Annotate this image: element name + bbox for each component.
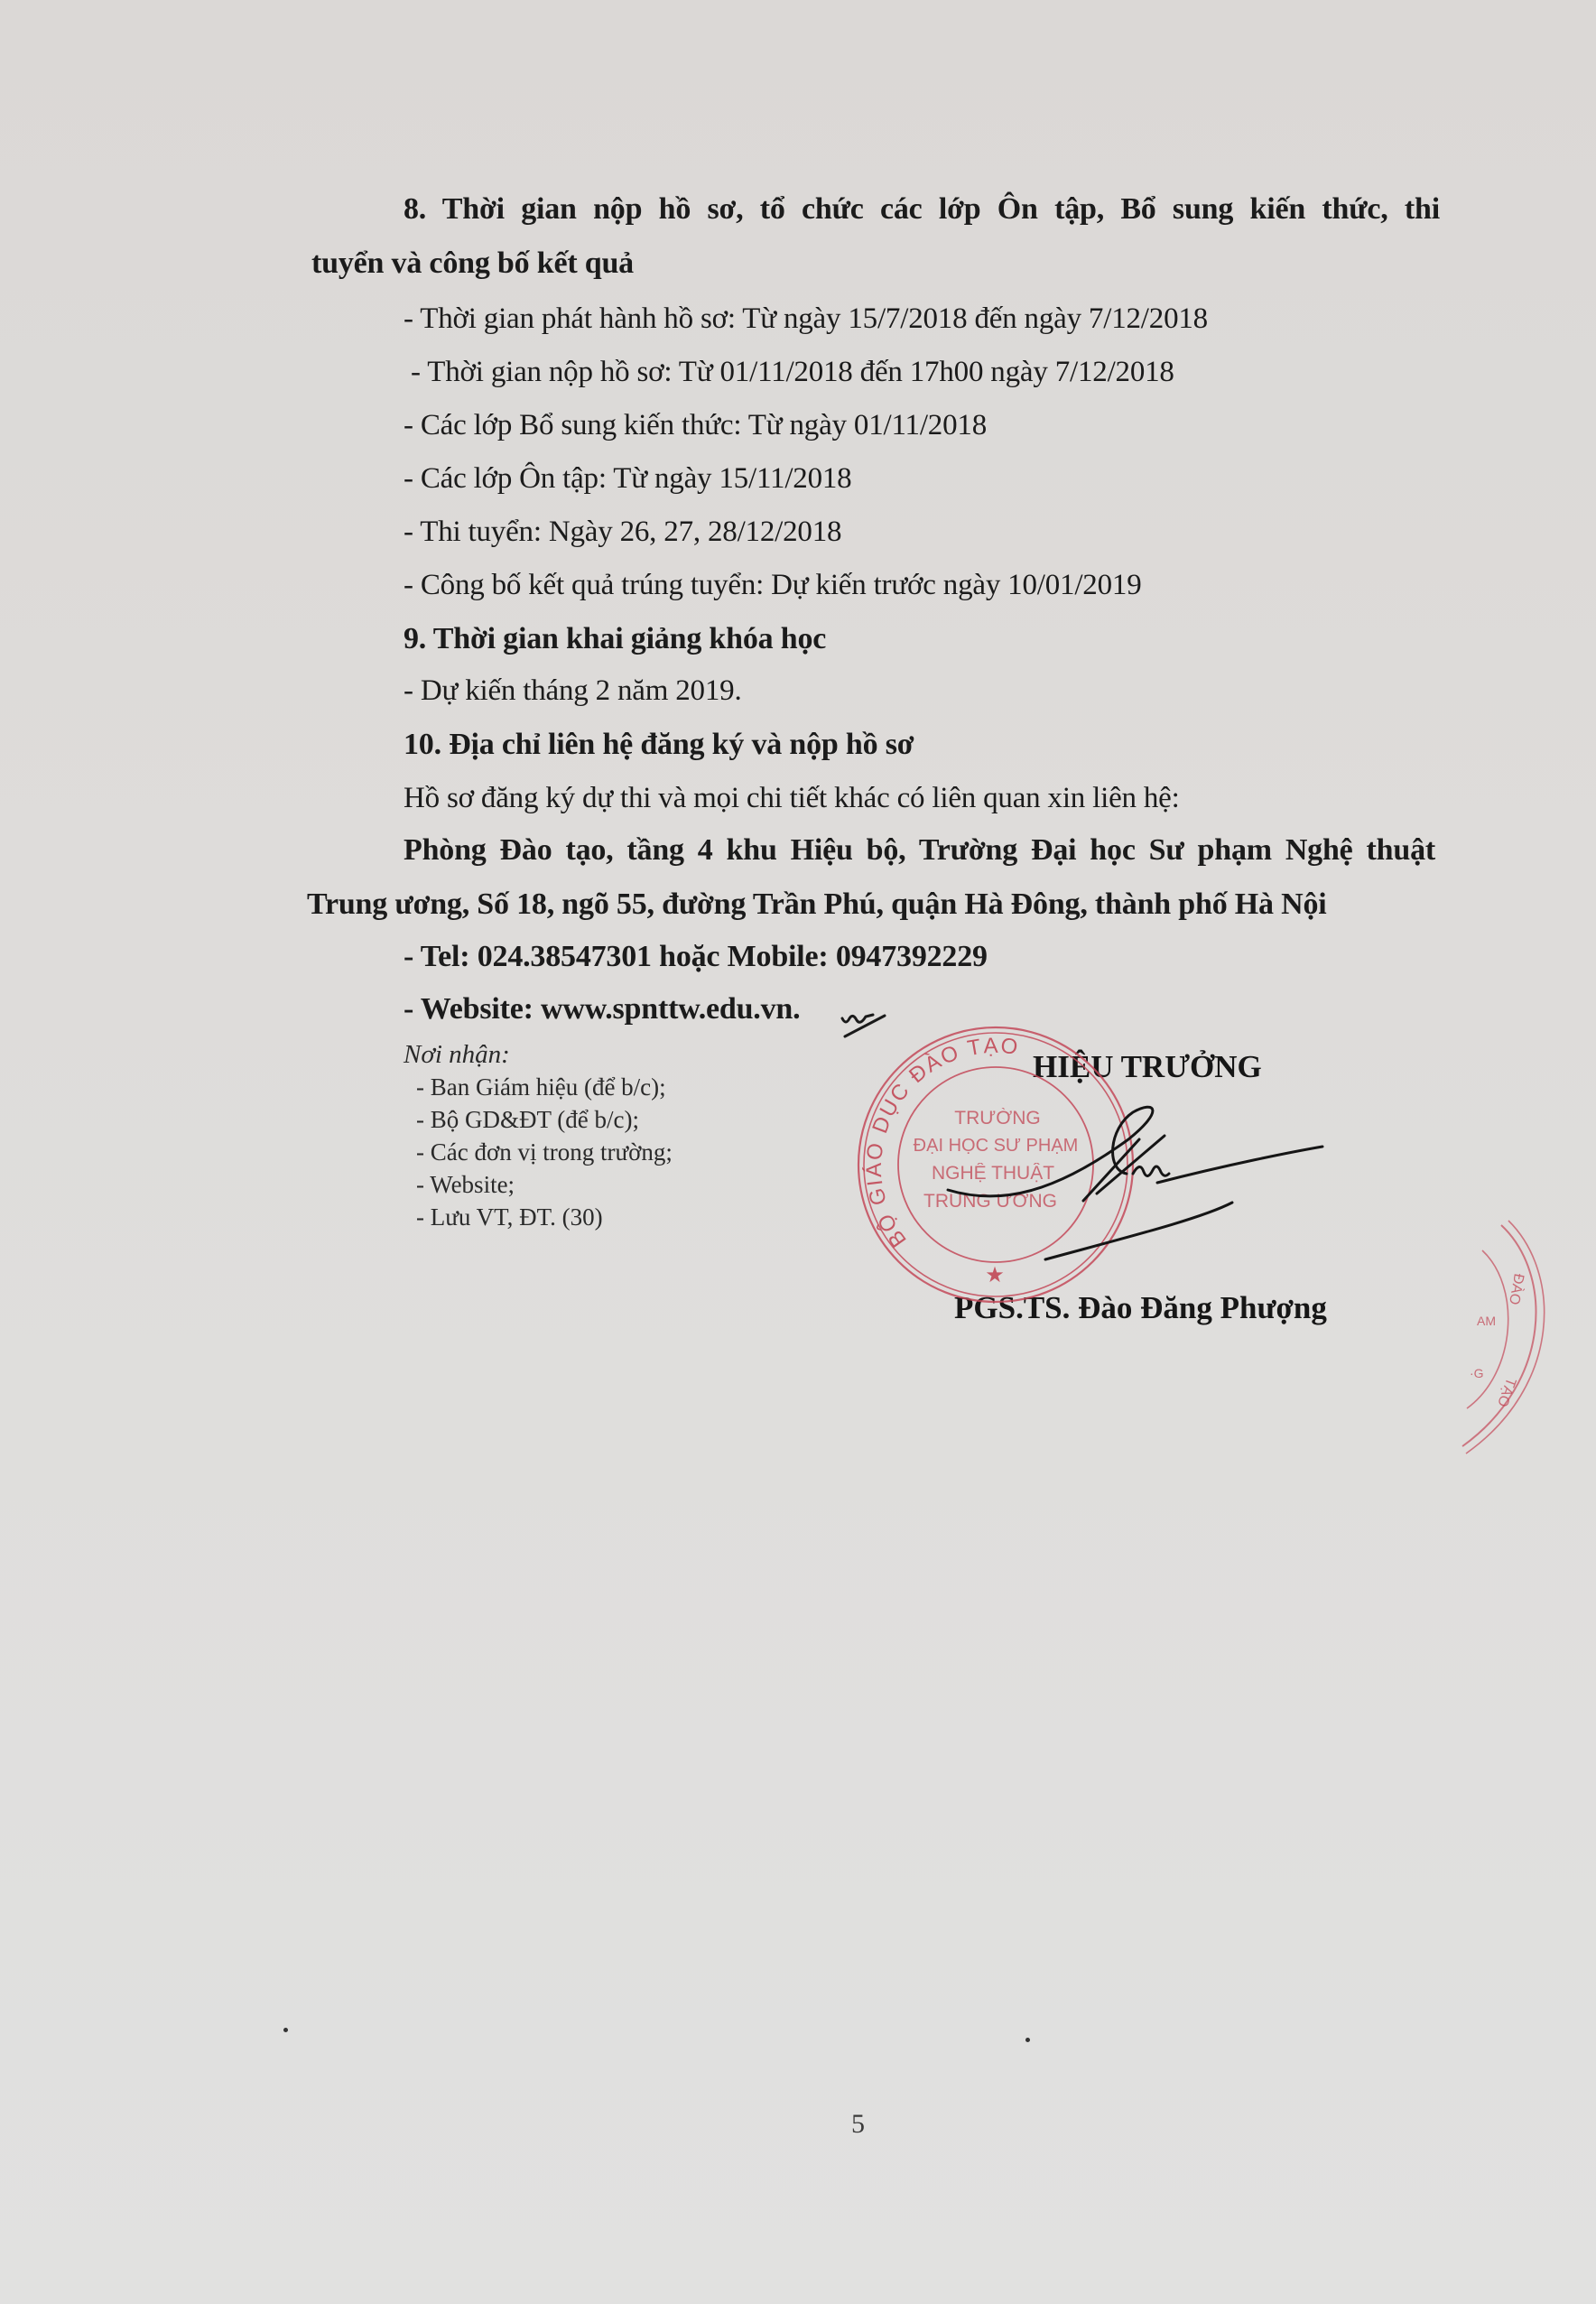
section-10-heading: 10. Địa chỉ liên hệ đăng ký và nộp hồ sơ bbox=[404, 727, 914, 763]
list-item: - Thời gian nộp hồ sơ: Từ 01/11/2018 đến… bbox=[404, 354, 1174, 390]
svg-text:·G: ·G bbox=[1470, 1366, 1484, 1380]
partial-stamp bbox=[1462, 1221, 1545, 1454]
stamp-signature-overlay: BỘ GIÁO DỤC ĐÀO TẠO TRƯỜNG ĐẠI HỌC SƯ PH… bbox=[0, 0, 1596, 2304]
section-8-heading-line2: tuyển và công bố kết quả bbox=[311, 246, 634, 282]
list-item: - Các lớp Bổ sung kiến thức: Từ ngày 01/… bbox=[404, 407, 987, 443]
partial-stamp-text: ĐÀO TẠO AM ·G bbox=[1470, 1272, 1528, 1408]
section-8-heading-line1: 8. Thời gian nộp hồ sơ, tổ chức các lớp … bbox=[404, 191, 1440, 228]
signature-scribble bbox=[948, 1107, 1322, 1259]
recipient-item: - Bộ GD&ĐT (để b/c); bbox=[404, 1103, 673, 1136]
svg-text:TẠO: TẠO bbox=[1494, 1376, 1518, 1409]
recipient-item: - Website; bbox=[404, 1168, 673, 1201]
stamp-outer-text: BỘ GIÁO DỤC ĐÀO TẠO bbox=[862, 1034, 1021, 1252]
stamp-inner-text: TRƯỜNG ĐẠI HỌC SƯ PHẠM NGHỆ THUẬT TRUNG … bbox=[914, 1108, 1079, 1212]
list-item: - Công bố kết quả trúng tuyển: Dự kiến t… bbox=[404, 567, 1142, 603]
recipient-item: - Các đơn vị trong trường; bbox=[404, 1136, 673, 1168]
initial-mark bbox=[842, 1015, 885, 1036]
recipients-block: Nơi nhận: - Ban Giám hiệu (để b/c); - Bộ… bbox=[404, 1038, 673, 1233]
list-item: - Các lớp Ôn tập: Từ ngày 15/11/2018 bbox=[404, 460, 852, 497]
address-line2: Trung ương, Số 18, ngõ 55, đường Trần Ph… bbox=[307, 887, 1327, 923]
list-item: - Thi tuyển: Ngày 26, 27, 28/12/2018 bbox=[404, 514, 841, 550]
section-9-heading: 9. Thời gian khai giảng khóa học bbox=[404, 621, 826, 657]
signature-title: HIỆU TRƯỞNG bbox=[1033, 1047, 1262, 1087]
speck bbox=[283, 2028, 288, 2032]
contact-intro: Hồ sơ đăng ký dự thi và mọi chi tiết khá… bbox=[404, 780, 1180, 816]
svg-text:NGHỆ THUẬT: NGHỆ THUẬT bbox=[932, 1163, 1054, 1184]
recipient-item: - Lưu VT, ĐT. (30) bbox=[404, 1201, 673, 1233]
stamp-star-icon: ★ bbox=[985, 1263, 1005, 1287]
list-item: - Dự kiến tháng 2 năm 2019. bbox=[404, 673, 742, 709]
contact-website: - Website: www.spnttw.edu.vn. bbox=[404, 991, 800, 1027]
svg-text:ĐẠI HỌC SƯ PHẠM: ĐẠI HỌC SƯ PHẠM bbox=[914, 1136, 1079, 1156]
list-item: - Thời gian phát hành hồ sơ: Từ ngày 15/… bbox=[404, 301, 1208, 337]
svg-text:ĐÀO: ĐÀO bbox=[1506, 1272, 1528, 1305]
recipients-title: Nơi nhận: bbox=[404, 1038, 673, 1071]
svg-text:AM: AM bbox=[1477, 1314, 1496, 1328]
signer-name: PGS.TS. Đào Đăng Phượng bbox=[954, 1288, 1327, 1328]
svg-text:TRUNG ƯƠNG: TRUNG ƯƠNG bbox=[923, 1191, 1057, 1212]
speck bbox=[1025, 2038, 1030, 2042]
contact-tel: - Tel: 024.38547301 hoặc Mobile: 0947392… bbox=[404, 939, 988, 975]
svg-text:TRƯỜNG: TRƯỜNG bbox=[954, 1108, 1040, 1129]
recipient-item: - Ban Giám hiệu (để b/c); bbox=[404, 1071, 673, 1103]
page-number: 5 bbox=[851, 2108, 865, 2141]
address-line1: Phòng Đào tạo, tầng 4 khu Hiệu bộ, Trườn… bbox=[404, 832, 1435, 869]
